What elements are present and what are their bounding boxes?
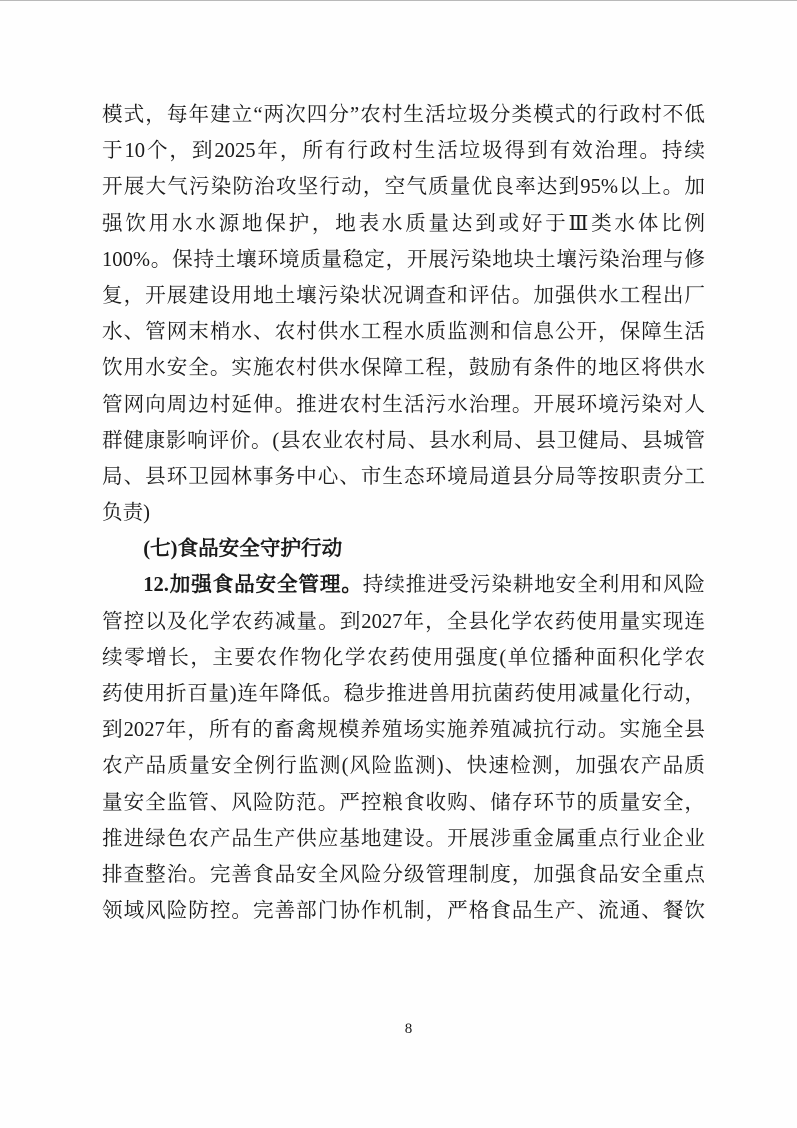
body-text-line: 到2027年，所有的畜禽规模养殖场实施养殖减抗行动。实施全县 [102,712,705,748]
body-text-line: 开展大气污染防治攻坚行动，空气质量优良率达到95%以上。加 [102,169,705,205]
scan-edge-line [0,0,797,1]
section-heading: (七)食品安全守护行动 [102,531,705,567]
document-text-block: 模式，每年建立“两次四分”农村生活垃圾分类模式的行政村不低 于10个，到2025… [102,97,705,929]
document-page: 模式，每年建立“两次四分”农村生活垃圾分类模式的行政村不低 于10个，到2025… [0,0,797,1128]
body-text-line: 药使用折百量)连年降低。稳步推进兽用抗菌药使用减量化行动， [102,676,705,712]
body-text-line: 局、县环卫园林事务中心、市生态环境局道县分局等按职责分工 [102,459,705,495]
body-text-line: 推进绿色农产品生产供应基地建设。开展涉重金属重点行业企业 [102,821,705,857]
body-text-line: 12.加强食品安全管理。持续推进受污染耕地安全利用和风险 [102,567,705,603]
body-text-line: 领域风险防控。完善部门协作机制，严格食品生产、流通、餐饮 [102,893,705,929]
page-number: 8 [0,1019,797,1039]
body-text-line: 量安全监管、风险防范。严控粮食收购、储存环节的质量安全， [102,785,705,821]
body-text-line: 群健康影响评价。(县农业农村局、县水利局、县卫健局、县城管 [102,423,705,459]
body-text-line: 排查整治。完善食品安全风险分级管理制度，加强食品安全重点 [102,857,705,893]
body-text-line: 管控以及化学农药减量。到2027年，全县化学农药使用量实现连 [102,604,705,640]
body-text-line: 复，开展建设用地土壤污染状况调查和评估。加强供水工程出厂 [102,278,705,314]
body-text-line: 农产品质量安全例行监测(风险监测)、快速检测，加强农产品质 [102,748,705,784]
body-text-line: 100%。保持土壤环境质量稳定，开展污染地块土壤污染治理与修 [102,242,705,278]
body-text-line: 模式，每年建立“两次四分”农村生活垃圾分类模式的行政村不低 [102,97,705,133]
paragraph-first-line-text: 持续推进受污染耕地安全利用和风险 [363,574,705,596]
body-text-line: 于10个，到2025年，所有行政村生活垃圾得到有效治理。持续 [102,133,705,169]
body-text-line: 水、管网末梢水、农村供水工程水质监测和信息公开，保障生活 [102,314,705,350]
body-text-line: 管网向周边村延伸。推进农村生活污水治理。开展环境污染对人 [102,387,705,423]
body-text-line: 强饮用水水源地保护，地表水质量达到或好于Ⅲ类水体比例 [102,206,705,242]
body-text-line: 负责) [102,495,705,531]
paragraph-number-lead: 12.加强食品安全管理。 [143,574,363,596]
body-text-line: 续零增长，主要农作物化学农药使用强度(单位播种面积化学农 [102,640,705,676]
body-text-line: 饮用水安全。实施农村供水保障工程，鼓励有条件的地区将供水 [102,350,705,386]
